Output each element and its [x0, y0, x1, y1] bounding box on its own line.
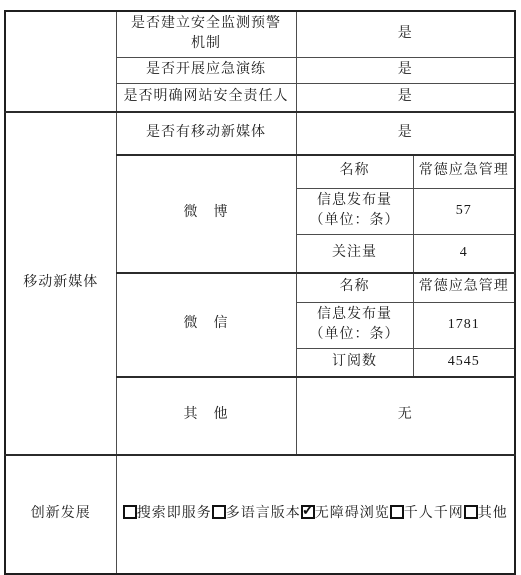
other-media-label: 其 他 — [116, 377, 296, 455]
weibo-posts-value: 57 — [413, 188, 515, 234]
government-website-report-table: 是否建立安全监测预警 机制 是 是否开展应急演练 是 是否明确网站安全责任人 是… — [4, 10, 516, 575]
weibo-followers-value: 4 — [413, 234, 515, 273]
wechat-subscribers-label: 订阅数 — [296, 348, 413, 377]
checkbox-label: 无障碍浏览 — [315, 506, 390, 521]
wechat-name-label: 名称 — [296, 273, 413, 303]
weibo-group-label: 微 博 — [116, 155, 296, 273]
checkbox-label: 搜索即服务 — [137, 506, 212, 521]
security-monitor-value: 是 — [296, 11, 515, 57]
emergency-drill-value: 是 — [296, 57, 515, 83]
section-security-category-cell — [5, 11, 116, 112]
checkbox-search-as-service[interactable] — [123, 505, 137, 519]
other-media-value: 无 — [296, 377, 515, 455]
category-innovation: 创新发展 — [5, 455, 116, 574]
weibo-name-value: 常德应急管理 — [413, 155, 515, 189]
table-row: 创新发展 搜索即服务多语言版本无障碍浏览千人千网其他 — [5, 455, 515, 574]
table-row: 移动新媒体 是否有移动新媒体 是 — [5, 112, 515, 155]
checkbox-label: 多语言版本 — [226, 506, 301, 521]
option-other: 其他 — [464, 504, 508, 524]
weibo-name-label: 名称 — [296, 155, 413, 189]
emergency-drill-label: 是否开展应急演练 — [116, 57, 296, 83]
wechat-posts-label: 信息发布量 （单位：条） — [296, 302, 413, 348]
checkbox-other[interactable] — [464, 505, 478, 519]
weibo-followers-label: 关注量 — [296, 234, 413, 273]
security-responsible-label: 是否明确网站安全责任人 — [116, 83, 296, 112]
checkbox-accessible-browsing[interactable] — [301, 505, 315, 519]
innovation-options-cell: 搜索即服务多语言版本无障碍浏览千人千网其他 — [116, 455, 515, 574]
security-responsible-value: 是 — [296, 83, 515, 112]
option-accessible-browsing: 无障碍浏览 — [301, 504, 390, 524]
weibo-posts-label: 信息发布量 （单位：条） — [296, 188, 413, 234]
wechat-group-label: 微 信 — [116, 273, 296, 377]
has-mobile-media-label: 是否有移动新媒体 — [116, 112, 296, 155]
option-multilingual: 多语言版本 — [212, 504, 301, 524]
report-table-container: 是否建立安全监测预警 机制 是 是否开展应急演练 是 是否明确网站安全责任人 是… — [4, 10, 516, 575]
option-qianren-qianwang: 千人千网 — [390, 504, 464, 524]
wechat-name-value: 常德应急管理 — [413, 273, 515, 303]
option-search-as-service: 搜索即服务 — [123, 504, 212, 524]
table-row: 是否建立安全监测预警 机制 是 — [5, 11, 515, 57]
innovation-checkbox-row: 搜索即服务多语言版本无障碍浏览千人千网其他 — [120, 504, 512, 524]
checkbox-label: 千人千网 — [404, 506, 464, 521]
has-mobile-media-value: 是 — [296, 112, 515, 155]
wechat-posts-value: 1781 — [413, 302, 515, 348]
checkbox-qianren-qianwang[interactable] — [390, 505, 404, 519]
security-monitor-label: 是否建立安全监测预警 机制 — [116, 11, 296, 57]
wechat-subscribers-value: 4545 — [413, 348, 515, 377]
checkbox-label: 其他 — [478, 506, 508, 521]
category-mobile-new-media: 移动新媒体 — [5, 112, 116, 455]
checkbox-multilingual[interactable] — [212, 505, 226, 519]
